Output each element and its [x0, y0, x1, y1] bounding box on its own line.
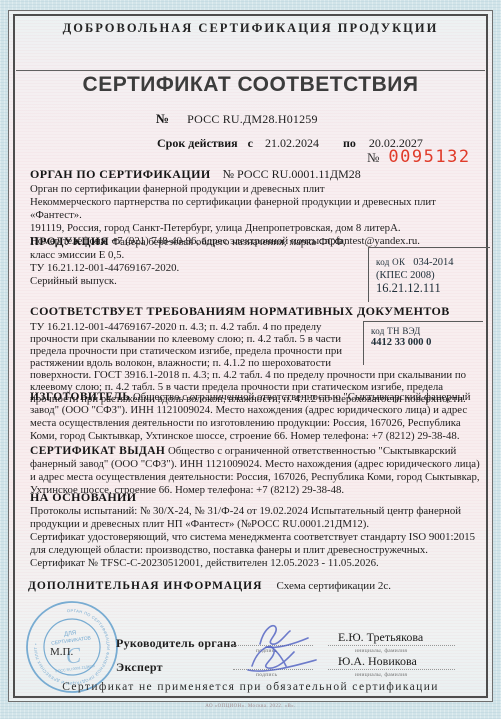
validity-row: Срок действия с 21.02.2024 [157, 134, 319, 152]
voluntary-certification-banner: ДОБРОВОЛЬНАЯ СЕРТИФИКАЦИЯ ПРОДУКЦИИ [0, 21, 501, 36]
validity-from-date: 21.02.2024 [265, 136, 319, 150]
printer-imprint: АО «ОПЦИОН». Москва. 2022. «В». [0, 704, 501, 709]
org-line: Некоммерческого партнерства по сертифика… [30, 196, 483, 222]
from-label: с [248, 136, 253, 150]
header-divider [16, 70, 485, 71]
product-line4: Серийный выпуск. [30, 275, 370, 288]
product-line2: класс эмиссии Е 0,5. [30, 249, 370, 262]
certificate-scan: { "banner": "ДОБРОВОЛЬНАЯ СЕРТИФИКАЦИЯ П… [0, 0, 501, 719]
org-line: Орган по сертификации фанерной продукции… [30, 183, 483, 196]
issued-to-label: СЕРТИФИКАТ ВЫДАН [30, 445, 165, 457]
cert-number: РОСС RU.ДМ28.Н01259 [187, 112, 318, 126]
blank-number-row: № 0095132 [367, 147, 471, 167]
blank-number-sign: № [367, 150, 379, 165]
tnved-code-box: код ТН ВЭД 4412 33 000 0 [363, 321, 483, 365]
ok-code-value2: (КПЕС 2008) [376, 270, 490, 281]
product-line3: ТУ 16.21.12-001-44769167-2020. [30, 262, 370, 275]
name-caption: инициалы, фамилия [355, 672, 407, 678]
ok-code-box: код ОК 034-2014 (КПЕС 2008) 16.21.12.111 [368, 247, 490, 302]
org-label: ОРГАН ПО СЕРТИФИКАЦИИ [30, 167, 211, 181]
signature-scribble [242, 640, 322, 679]
manufacturer-label: ИЗГОТОВИТЕЛЬ [30, 391, 130, 403]
ok-code-value3: 16.21.12.111 [376, 281, 490, 296]
signer-name: Е.Ю. Третьякова [338, 630, 423, 645]
basis-protocols: Протоколы испытаний: № 30/Х-24, № 31/Ф-2… [30, 505, 483, 531]
org-number: № РОСС RU.0001.11ДМ28 [223, 167, 361, 181]
ok-code-label: код ОК [376, 257, 405, 267]
product-label: ПРОДУКЦИЯ [30, 236, 109, 248]
basis-label: НА ОСНОВАНИИ [30, 490, 483, 505]
name-line [328, 645, 455, 646]
basis-cert-number: Сертификат № TFSC-C-20230512001, действи… [30, 557, 483, 570]
org-line: 191119, Россия, город Санкт-Петербург, у… [30, 222, 483, 235]
signer-name: Ю.А. Новикова [338, 654, 417, 669]
mp-label: М.П. [50, 646, 73, 658]
additional-text: Схема сертификации 2с. [276, 580, 391, 592]
ok-code-value1: 034-2014 [413, 257, 453, 268]
validity-label: Срок действия [157, 136, 238, 150]
to-label: по [343, 136, 356, 150]
role-expert: Эксперт [116, 660, 163, 675]
name-line [328, 669, 455, 670]
product-line1: Фанера березовая общего назначения, марк… [112, 236, 346, 248]
section-basis: НА ОСНОВАНИИ Протоколы испытаний: № 30/Х… [30, 490, 483, 570]
tnved-label: код ТН ВЭД [371, 325, 483, 337]
tnved-value: 4412 33 000 0 [371, 337, 483, 349]
section-compliance: СООТВЕТСТВУЕТ ТРЕБОВАНИЯМ НОРМАТИВНЫХ ДО… [30, 304, 483, 405]
role-head-of-body: Руководитель органа [116, 636, 237, 651]
cert-number-row: № РОСС RU.ДМ28.Н01259 [156, 110, 318, 128]
section-manufacturer: ИЗГОТОВИТЕЛЬ Общество с ограниченной отв… [30, 391, 483, 443]
number-sign: № [156, 111, 169, 126]
certificate-title: СЕРТИФИКАТ СООТВЕТСТВИЯ [0, 73, 501, 97]
additional-label: ДОПОЛНИТЕЛЬНАЯ ИНФОРМАЦИЯ [28, 580, 262, 592]
signature-ink-icon [242, 640, 322, 674]
section-additional-info: ДОПОЛНИТЕЛЬНАЯ ИНФОРМАЦИЯ Схема сертифик… [28, 576, 481, 594]
blank-number: 0095132 [388, 147, 470, 167]
compliance-label: СООТВЕТСТВУЕТ ТРЕБОВАНИЯМ НОРМАТИВНЫХ ДО… [30, 304, 483, 319]
disclaimer: Сертификат не применяется при обязательн… [0, 681, 501, 693]
section-product: ПРОДУКЦИЯ Фанера березовая общего назнач… [30, 236, 370, 288]
basis-iso-cert: Сертификат удостоверяющий, что система м… [30, 531, 483, 557]
